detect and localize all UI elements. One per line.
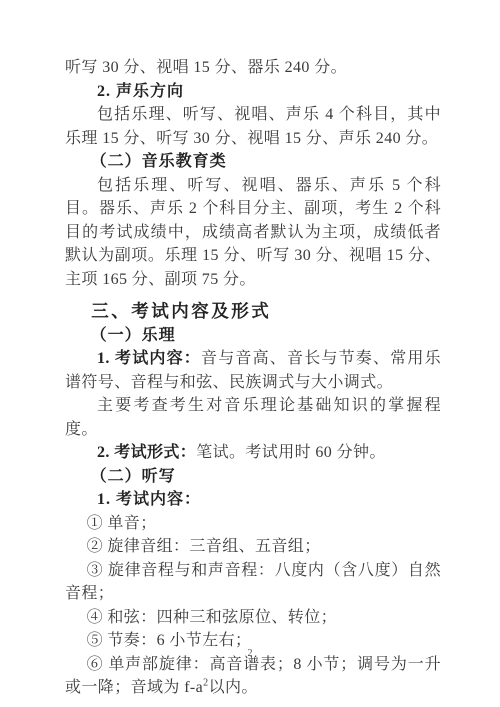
bold-run: （二）音乐教育类 bbox=[91, 153, 227, 170]
list-item-single-note: ① 单音； bbox=[65, 512, 441, 536]
text-run: 以内。 bbox=[209, 679, 258, 696]
bold-run: （二）听写 bbox=[91, 468, 176, 485]
para-vocal-subjects: 包括乐理、听写、视唱、声乐 4 个科目，其中乐理 15 分、听写 30 分、视唱… bbox=[65, 103, 441, 150]
heading-music-theory: （一）乐理 bbox=[65, 324, 441, 348]
heading-vocal-direction: 2. 声乐方向 bbox=[65, 80, 441, 104]
bold-run: 三、考试内容及形式 bbox=[91, 301, 271, 321]
para-music-education-subjects: 包括乐理、听写、视唱、器乐、声乐 5 个科目。器乐、声乐 2 个科目分主、副项，… bbox=[65, 174, 441, 292]
text-run: ② 旋律音组：三音组、五音组； bbox=[87, 538, 321, 555]
para-instrumental-scores-continued: 听写 30 分、视唱 15 分、器乐 240 分。 bbox=[65, 56, 441, 80]
text-run: 包括乐理、听写、视唱、器乐、声乐 5 个科目。器乐、声乐 2 个科目分主、副项，… bbox=[65, 177, 441, 288]
para-theory-exam-form: 2. 考试形式：笔试。考试用时 60 分钟。 bbox=[65, 441, 441, 465]
bold-run: （一）乐理 bbox=[91, 327, 176, 344]
page-footer: 2 bbox=[0, 643, 500, 661]
text-run: 主要考查考生对音乐理论基础知识的掌握程度。 bbox=[65, 397, 441, 438]
list-item-melodic-note-groups: ② 旋律音组：三音组、五音组； bbox=[65, 535, 441, 559]
heading-dictation-exam-content: 1. 考试内容： bbox=[65, 488, 441, 512]
bold-run: 2. 考试形式： bbox=[97, 444, 196, 461]
document-content: 听写 30 分、视唱 15 分、器乐 240 分。2. 声乐方向包括乐理、听写、… bbox=[65, 56, 441, 700]
text-run: 包括乐理、听写、视唱、声乐 4 个科目，其中乐理 15 分、听写 30 分、视唱… bbox=[65, 106, 441, 147]
heading-music-education-category: （二）音乐教育类 bbox=[65, 150, 441, 174]
document-page: 听写 30 分、视唱 15 分、器乐 240 分。2. 声乐方向包括乐理、听写、… bbox=[0, 0, 500, 707]
text-run: 听写 30 分、视唱 15 分、器乐 240 分。 bbox=[65, 59, 347, 76]
page-number: 2 bbox=[248, 648, 253, 659]
bold-run: 2. 声乐方向 bbox=[97, 83, 184, 100]
bold-run: 1. 考试内容： bbox=[97, 350, 201, 367]
text-run: ③ 旋律音程与和声音程：八度内（含八度）自然音程； bbox=[65, 562, 441, 603]
text-run: ④ 和弦：四种三和弦原位、转位； bbox=[87, 609, 337, 626]
para-theory-exam-content: 1. 考试内容：音与音高、音长与节奏、常用乐谱符号、音程与和弦、民族调式与大小调… bbox=[65, 347, 441, 394]
heading-exam-content-and-form: 三、考试内容及形式 bbox=[65, 300, 441, 324]
text-run: ① 单音； bbox=[87, 515, 157, 532]
heading-dictation: （二）听写 bbox=[65, 465, 441, 489]
list-item-intervals: ③ 旋律音程与和声音程：八度内（含八度）自然音程； bbox=[65, 559, 441, 606]
bold-run: 1. 考试内容： bbox=[97, 491, 201, 508]
text-run: 笔试。考试用时 60 分钟。 bbox=[196, 444, 386, 461]
list-item-chords: ④ 和弦：四种三和弦原位、转位； bbox=[65, 606, 441, 630]
para-theory-exam-purpose: 主要考查考生对音乐理论基础知识的掌握程度。 bbox=[65, 394, 441, 441]
